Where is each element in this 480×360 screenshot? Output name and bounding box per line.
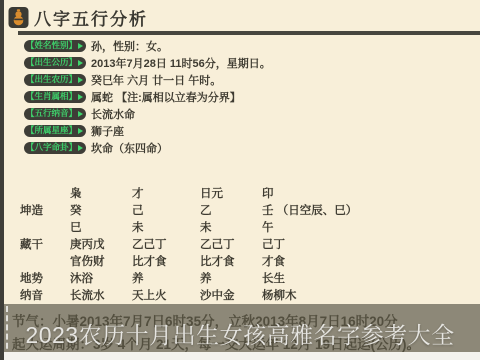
day-nayin: 沙中金 [200, 288, 262, 305]
left-frame-bar [0, 0, 4, 360]
year-hidden-gods: 官伤财 [70, 254, 132, 271]
row-label-kunzao: 坤造 [20, 203, 70, 220]
constellation-badge: 所属星座 [24, 125, 86, 137]
table-cell [20, 254, 70, 271]
play-arrow-icon [78, 60, 83, 66]
lunar-date-value: 癸巳年 六月 廿一日 午时。 [91, 72, 221, 88]
info-list: 姓名性别 孙，性别：女。 出生公历 2013年7月28日 11时56分，星期日。… [24, 37, 271, 156]
zodiac-value: 属蛇 【注:属相以立春为分界】 [91, 89, 241, 105]
name-badge: 姓名性别 [24, 40, 86, 52]
title-divider [18, 31, 480, 35]
day-stem: 乙 [200, 203, 262, 220]
row-label-nayin: 纳音 [20, 288, 70, 305]
play-arrow-icon [78, 43, 83, 49]
year-nayin: 长流水 [70, 288, 132, 305]
minggua-value: 坎命（东四命） [91, 140, 168, 156]
minggua-badge: 八字命卦 [24, 142, 86, 154]
month-hidden-stems: 乙己丁 [132, 237, 200, 254]
row-label-dishi: 地势 [20, 271, 70, 288]
day-hidden-gods: 比才食 [200, 254, 262, 271]
constellation-value: 狮子座 [91, 123, 124, 139]
day-branch: 未 [200, 220, 262, 237]
gourd-icon [8, 6, 29, 29]
caption-title: 2023农历十月出生女孩高雅名字参考大全 [0, 317, 480, 350]
hour-stage: 长生 [262, 271, 460, 288]
bazi-pillars-table: 枭 才 日元 印 坤造 癸 己 乙 壬 （日空辰、巳） 巳 未 未 午 藏干 庚… [20, 186, 460, 305]
table-header-day-master: 日元 [200, 186, 262, 203]
info-row-name: 姓名性别 孙，性别：女。 [24, 37, 271, 54]
year-stem: 癸 [70, 203, 132, 220]
solar-date-value: 2013年7月28日 11时56分，星期日。 [91, 55, 271, 71]
nayin-value: 长流水命 [91, 106, 135, 122]
row-label-hidden-stems: 藏干 [20, 237, 70, 254]
page-header: 八字五行分析 [8, 4, 148, 30]
table-header-hour-god: 印 [262, 186, 460, 203]
solar-date-badge: 出生公历 [24, 57, 86, 69]
info-row-solar-date: 出生公历 2013年7月28日 11时56分，星期日。 [24, 54, 271, 71]
hour-hidden-gods: 才食 [262, 254, 460, 271]
hour-branch: 午 [262, 220, 460, 237]
play-arrow-icon [78, 77, 83, 83]
name-value: 孙，性别：女。 [91, 38, 168, 54]
page-title: 八字五行分析 [34, 5, 148, 30]
hour-stem-void-note: 壬 （日空辰、巳） [262, 203, 460, 220]
table-header-year-god: 枭 [70, 186, 132, 203]
info-row-nayin: 五行纳音 长流水命 [24, 105, 271, 122]
bottom-white-strip [0, 352, 480, 360]
info-row-zodiac: 生肖属相 属蛇 【注:属相以立春为分界】 [24, 88, 271, 105]
year-hidden-stems: 庚丙戊 [70, 237, 132, 254]
lunar-date-badge: 出生农历 [24, 74, 86, 86]
day-hidden-stems: 乙己丁 [200, 237, 262, 254]
month-branch: 未 [132, 220, 200, 237]
info-row-lunar-date: 出生农历 癸巳年 六月 廿一日 午时。 [24, 71, 271, 88]
year-branch: 巳 [70, 220, 132, 237]
info-row-minggua: 八字命卦 坎命（东四命） [24, 139, 271, 156]
play-arrow-icon [78, 111, 83, 117]
month-hidden-gods: 比才食 [132, 254, 200, 271]
play-arrow-icon [78, 145, 83, 151]
play-arrow-icon [78, 128, 83, 134]
info-row-constellation: 所属星座 狮子座 [24, 122, 271, 139]
month-stage: 养 [132, 271, 200, 288]
month-stem: 己 [132, 203, 200, 220]
year-stage: 沐浴 [70, 271, 132, 288]
zodiac-badge: 生肖属相 [24, 91, 86, 103]
month-nayin: 天上火 [132, 288, 200, 305]
table-cell [20, 186, 70, 203]
table-cell [20, 220, 70, 237]
nayin-badge: 五行纳音 [24, 108, 86, 120]
table-header-month-god: 才 [132, 186, 200, 203]
play-arrow-icon [78, 94, 83, 100]
day-stage: 养 [200, 271, 262, 288]
hour-nayin: 杨柳木 [262, 288, 460, 305]
hour-hidden-stems: 己丁 [262, 237, 460, 254]
